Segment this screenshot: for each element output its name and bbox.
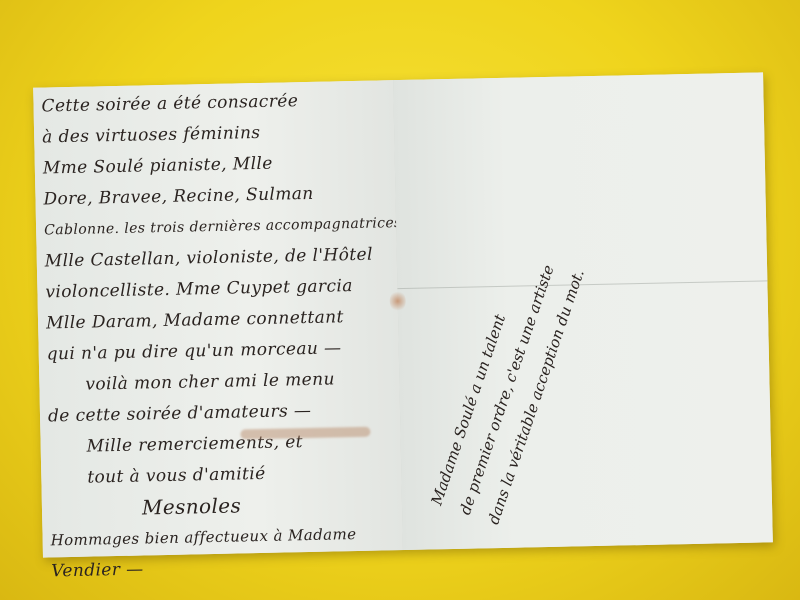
left-page-handwriting: Cette soirée a été consacrée à des virtu… — [41, 84, 401, 587]
letter-line: Vendier — — [51, 549, 402, 587]
letter-left-page: Cette soirée a été consacrée à des virtu… — [33, 80, 404, 557]
stain-mark — [389, 290, 405, 312]
letter-sheet: Cette soirée a été consacrée à des virtu… — [33, 72, 773, 557]
